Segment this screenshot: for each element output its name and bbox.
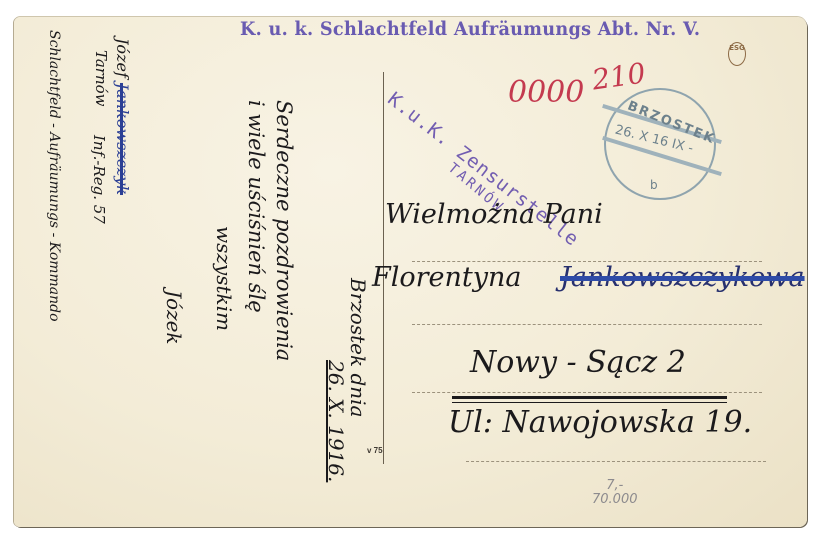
- message-line1: Serdeczne pozdrowienia: [272, 100, 296, 361]
- underline-thin: [452, 402, 727, 403]
- sender-line3: Schlachtfeld - Aufräumungs - Kommando: [46, 30, 62, 322]
- address-first-name: Florentyna: [372, 262, 522, 293]
- message-line2: i wiele uściśnień ślę: [244, 100, 268, 313]
- unit-stamp: K. u. k. Schlachtfeld Aufräumungs Abt. N…: [240, 18, 700, 40]
- address-line1: Wielmożna Pani: [385, 199, 603, 230]
- sender-line2b: Inf.-Reg. 57: [90, 135, 108, 224]
- address-line-2: [412, 324, 762, 325]
- address-line-4: [466, 461, 766, 462]
- underline-thick: [452, 396, 727, 399]
- postmark: BRZOSTEK 26. X 16 IX - b: [604, 88, 716, 200]
- publisher-logo-icon: ESG: [728, 42, 746, 66]
- message-signature: Józek: [162, 290, 186, 345]
- printed-code: v 75: [367, 446, 383, 455]
- message-line3: wszystkim: [212, 226, 236, 331]
- address-line-3: [412, 392, 762, 393]
- address-city: Nowy - Sącz 2: [470, 345, 686, 380]
- pencil-notes: 7,- 70.000: [592, 479, 638, 507]
- sender-first-name: Józef: [113, 38, 132, 78]
- message-place: Brzostek dnia: [346, 278, 370, 417]
- address-street: Ul: Nawojowska 19.: [448, 405, 752, 440]
- message-date: 26. X. 1916.: [324, 360, 348, 482]
- postmark-letter: b: [650, 178, 658, 192]
- pencil-number: 70.000: [592, 493, 638, 507]
- pencil-price: 7,-: [592, 479, 638, 493]
- red-scribble: 0000: [508, 75, 584, 110]
- sender-line1: Józef Jankowszczyk: [113, 38, 132, 195]
- sender-line2: Tarnów: [92, 50, 110, 106]
- address-crossed-surname: Jankowszczykowa: [560, 262, 805, 293]
- sender-crossed-surname: Jankowszczyk: [113, 83, 132, 195]
